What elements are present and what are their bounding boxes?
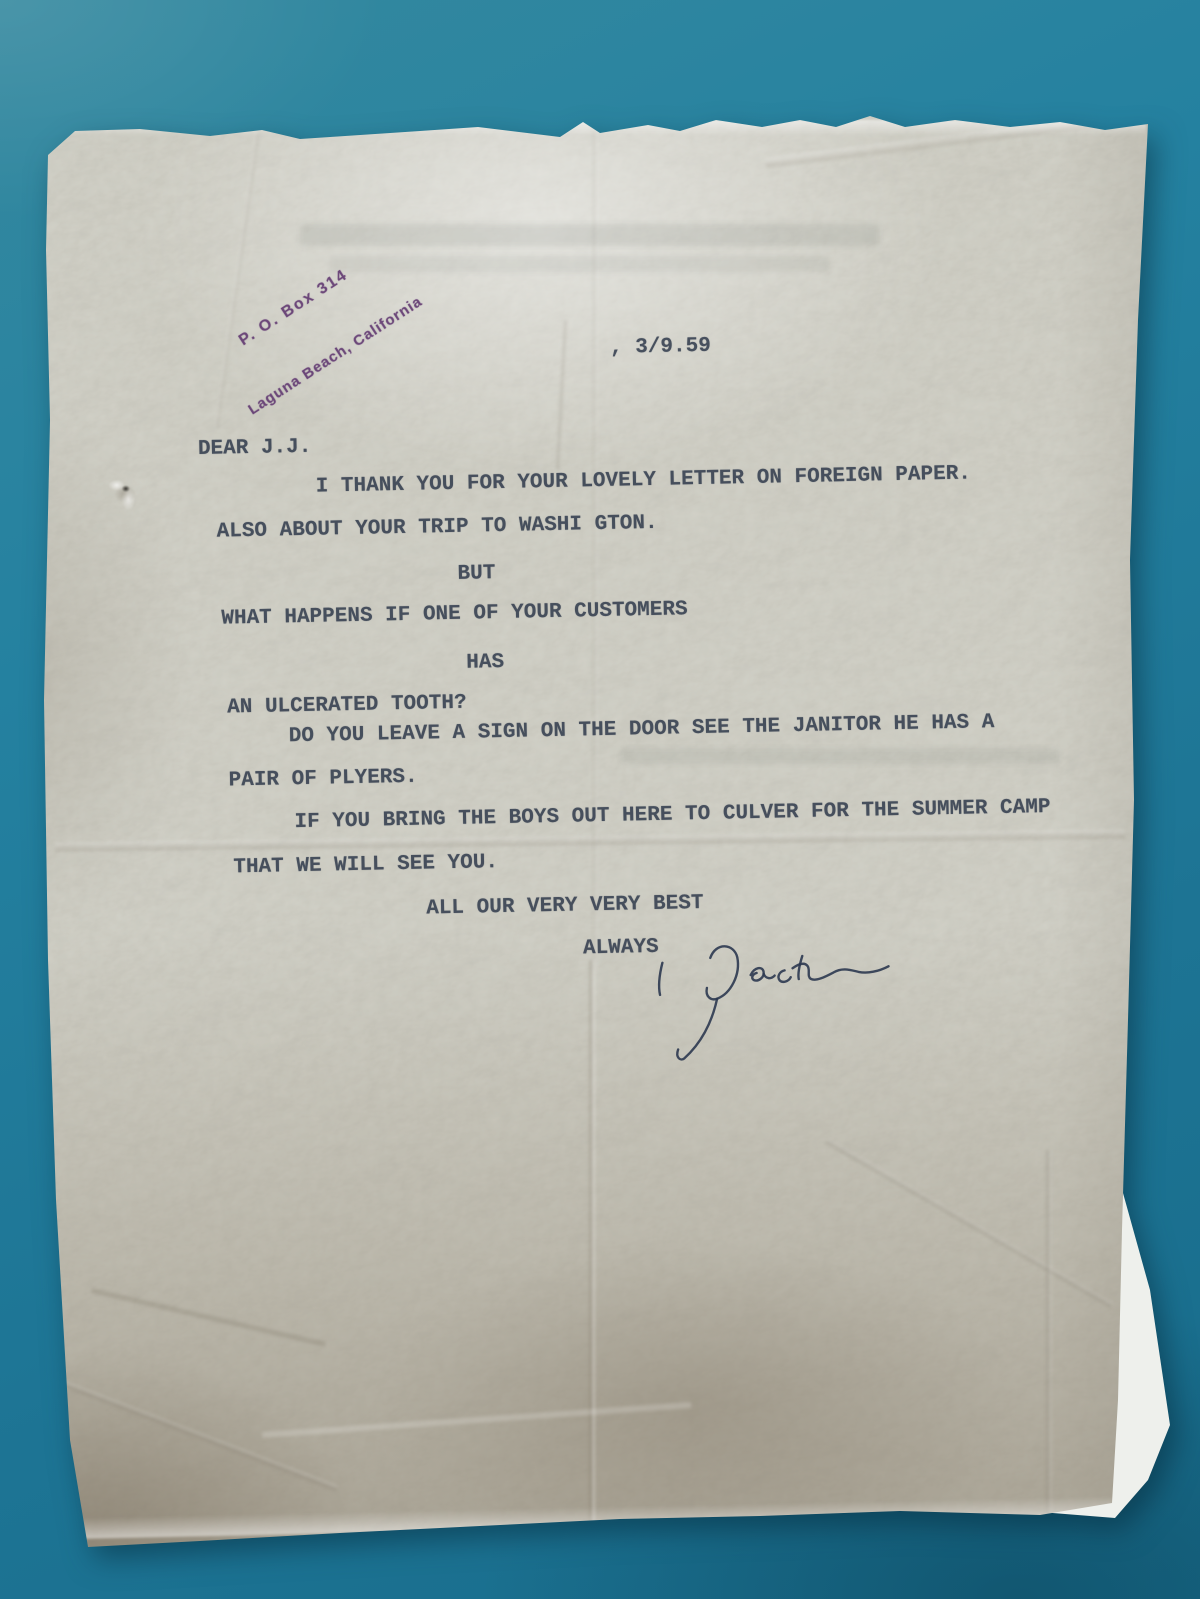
letter-body-line: WHAT HAPPENS IF ONE OF YOUR CUSTOMERS <box>221 598 688 630</box>
letter-body-line: DO YOU LEAVE A SIGN ON THE DOOR SEE THE … <box>289 711 995 748</box>
letter-body-line: BUT <box>457 562 495 586</box>
letter-body-line: I THANK YOU FOR YOUR LOVELY LETTER ON FO… <box>316 463 972 499</box>
signature-script <box>626 914 909 1080</box>
letter-body-line: THAT WE WILL SEE YOU. <box>233 851 498 879</box>
letter-body-line: PAIR OF PLYERS. <box>228 766 417 793</box>
letter-date: , 3/9.59 <box>610 335 711 360</box>
letter-closing: ALL OUR VERY VERY BEST <box>426 892 704 921</box>
paper-stack: P. O. Box 314 Laguna Beach, California ,… <box>0 0 1200 1599</box>
typed-letter-content: , 3/9.59 DEAR J.J. I THANK YOU FOR YOUR … <box>0 0 1200 1599</box>
letter-body-line: IF YOU BRING THE BOYS OUT HERE TO CULVER… <box>294 796 1050 834</box>
letter-body-line: AN ULCERATED TOOTH? <box>227 692 467 720</box>
letter-paper: P. O. Box 314 Laguna Beach, California ,… <box>0 0 1200 1599</box>
letter-salutation: DEAR J.J. <box>198 436 312 461</box>
letter-body-line: HAS <box>466 651 504 675</box>
letter-body-line: ALSO ABOUT YOUR TRIP TO WASHI GTON. <box>216 512 657 544</box>
